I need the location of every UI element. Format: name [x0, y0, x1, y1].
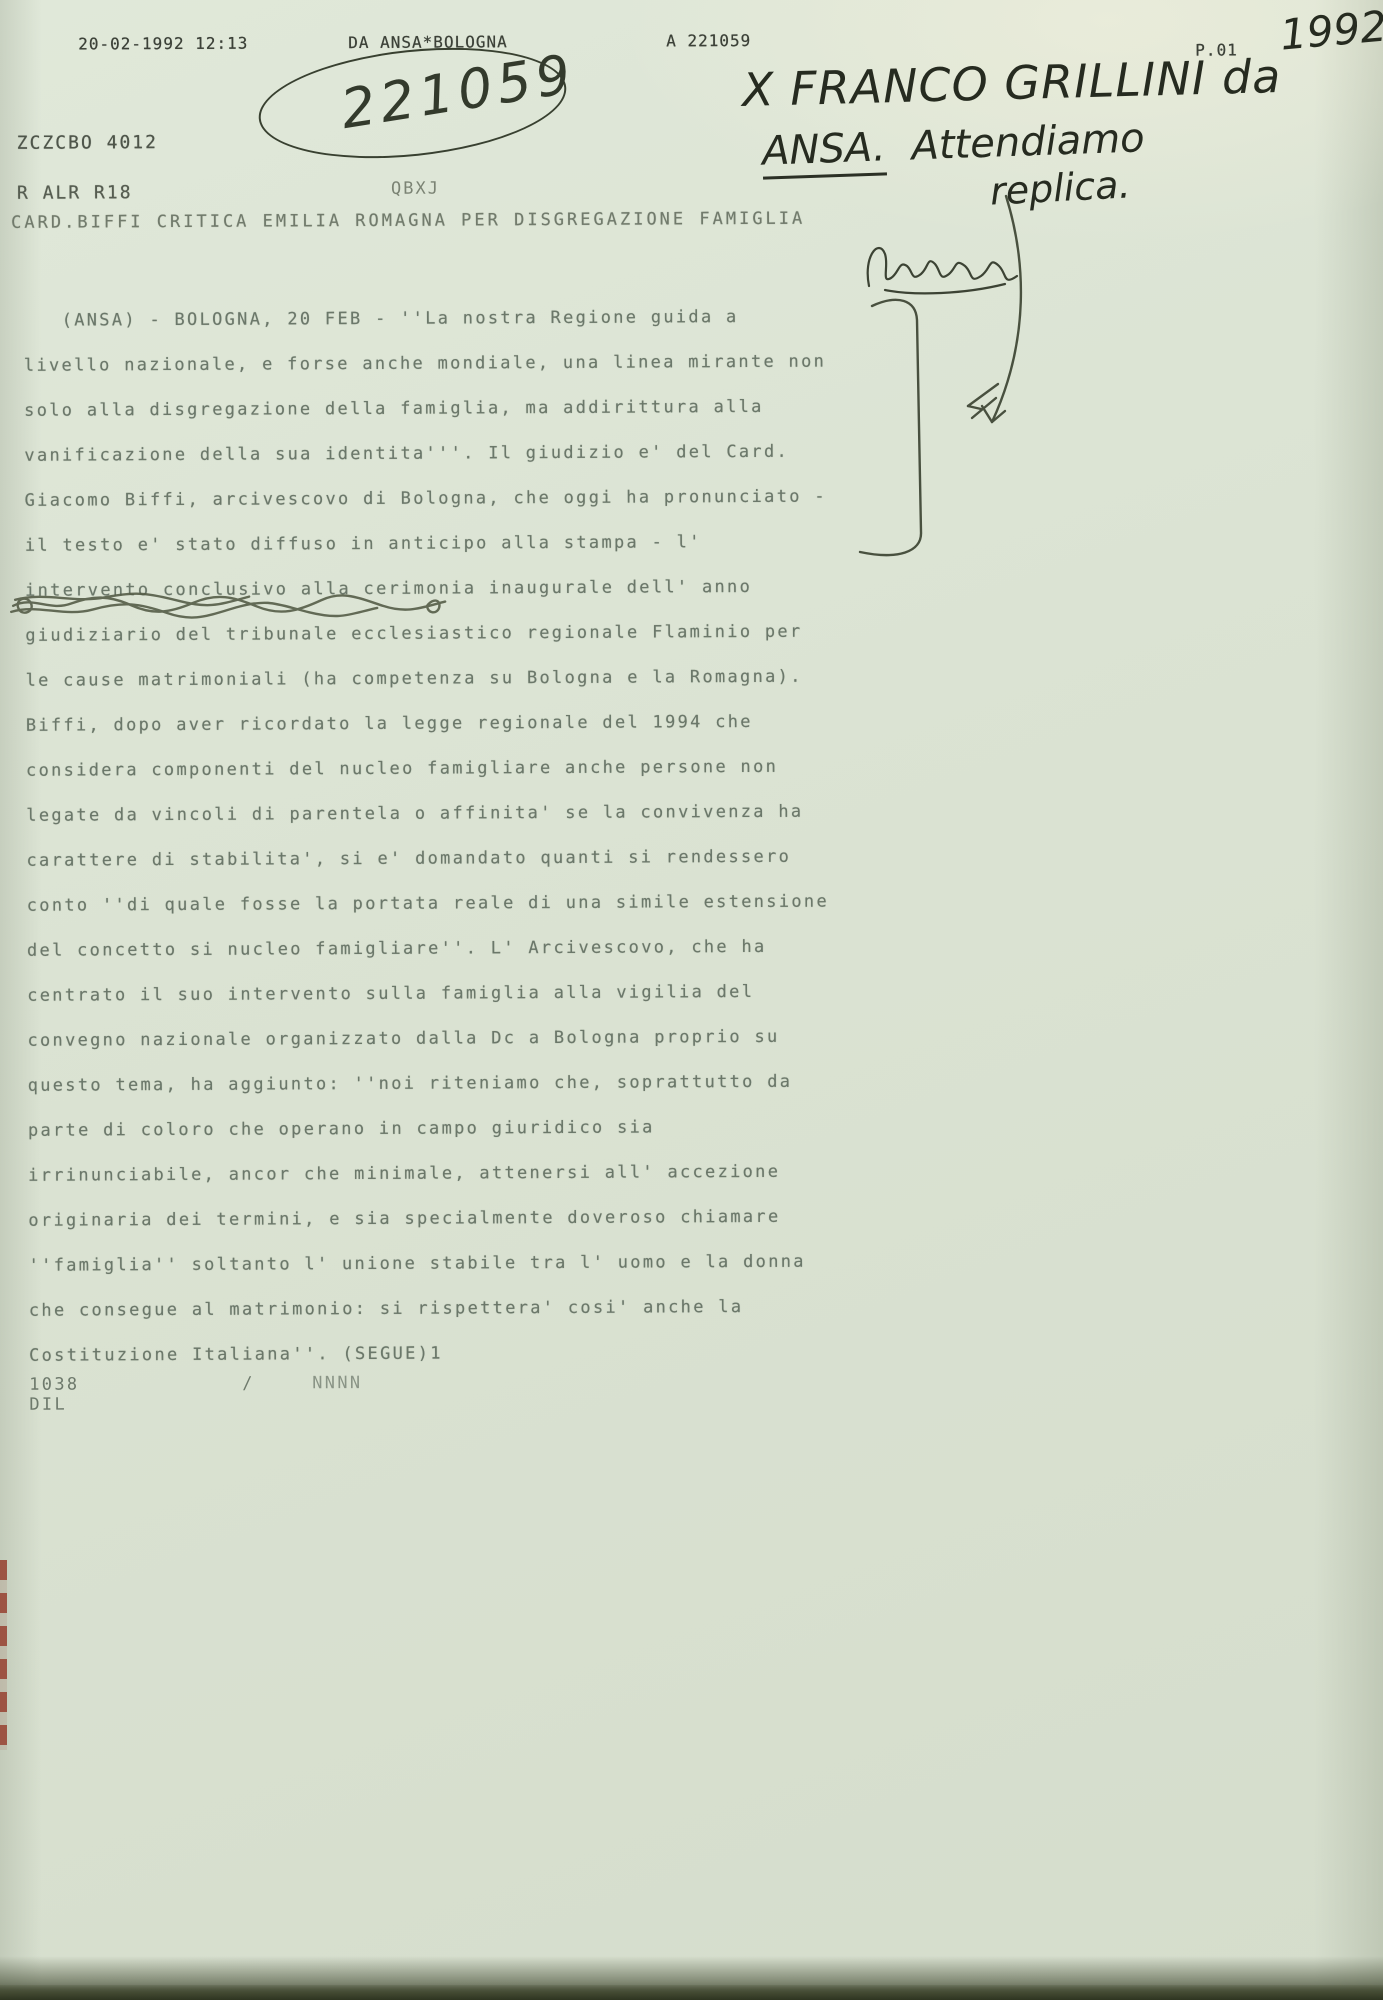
telex-routing-line-1: ZCZCBO 4012 [17, 132, 158, 154]
body-line: livello nazionale, e forse anche mondial… [24, 340, 826, 389]
body-line: conto ''di quale fosse la portata reale … [27, 880, 829, 929]
fax-scan-page: 20-02-1992 12:13 DA ANSA*BOLOGNA A 22105… [0, 0, 1383, 2000]
body-line: originaria dei termini, e sia specialmen… [28, 1195, 830, 1244]
body-line: vanificazione della sua identita'''. Il … [24, 430, 826, 479]
body-line: solo alla disgregazione della famiglia, … [24, 385, 826, 434]
telex-routing-code: QBXJ [391, 179, 440, 199]
fax-datetime: 20-02-1992 12:13 [78, 34, 248, 54]
body-line: convegno nazionale organizzato dalla Dc … [27, 1015, 829, 1064]
scan-bottom-edge [0, 1985, 1383, 2000]
body-line: questo tema, ha aggiunto: ''noi riteniam… [28, 1060, 830, 1109]
body-line: Giacomo Biffi, arcivescovo di Bologna, c… [24, 475, 826, 524]
article-headline: CARD.BIFFI CRITICA EMILIA ROMAGNA PER DI… [11, 209, 805, 233]
body-line: (ANSA) - BOLOGNA, 20 FEB - ''La nostra R… [24, 295, 826, 344]
body-line: che consegue al matrimonio: si rispetter… [29, 1285, 831, 1334]
body-line: considera componenti del nucleo famiglia… [26, 745, 828, 794]
body-line: centrato il suo intervento sulla famigli… [27, 970, 829, 1019]
handwritten-year: 1992 [1278, 1, 1383, 59]
body-line: Costituzione Italiana''. (SEGUE)1 [29, 1330, 831, 1379]
body-line: carattere di stabilita', si e' domandato… [26, 835, 828, 884]
footer-separator: / [242, 1374, 255, 1394]
body-line: il testo e' stato diffuso in anticipo al… [25, 520, 827, 569]
footer-end-code: NNNN [312, 1373, 362, 1393]
strikethrough-scribble [9, 584, 454, 624]
body-line: irrinunciabile, ancor che minimale, atte… [28, 1150, 830, 1199]
body-line: legate da vincoli di parentela o affinit… [26, 790, 828, 839]
article-body: (ANSA) - BOLOGNA, 20 FEB - ''La nostra R… [24, 295, 832, 1379]
margin-bracket-and-arrows [840, 180, 1070, 590]
body-line: del concetto si nucleo famigliare''. L' … [27, 925, 829, 974]
body-line: le cause matrimoniali (ha competenza su … [25, 655, 827, 704]
footer-sequence: 1038 DIL [29, 1375, 79, 1415]
handwritten-attendiamo: Attendiamo [911, 115, 1146, 169]
body-line: ''famiglia'' soltanto l' unione stabile … [29, 1240, 831, 1289]
scan-left-edge-marks [0, 1560, 7, 1750]
fax-recipient: A 221059 [666, 31, 751, 50]
body-line: parte di coloro che operano in campo giu… [28, 1105, 830, 1154]
body-line: Biffi, dopo aver ricordato la legge regi… [26, 700, 828, 749]
telex-typed-layer: 20-02-1992 12:13 DA ANSA*BOLOGNA A 22105… [0, 0, 1383, 2000]
handwritten-ansa-underlined: ANSA. [761, 124, 886, 179]
telex-routing-line-2: R ALR R18 [17, 182, 133, 204]
